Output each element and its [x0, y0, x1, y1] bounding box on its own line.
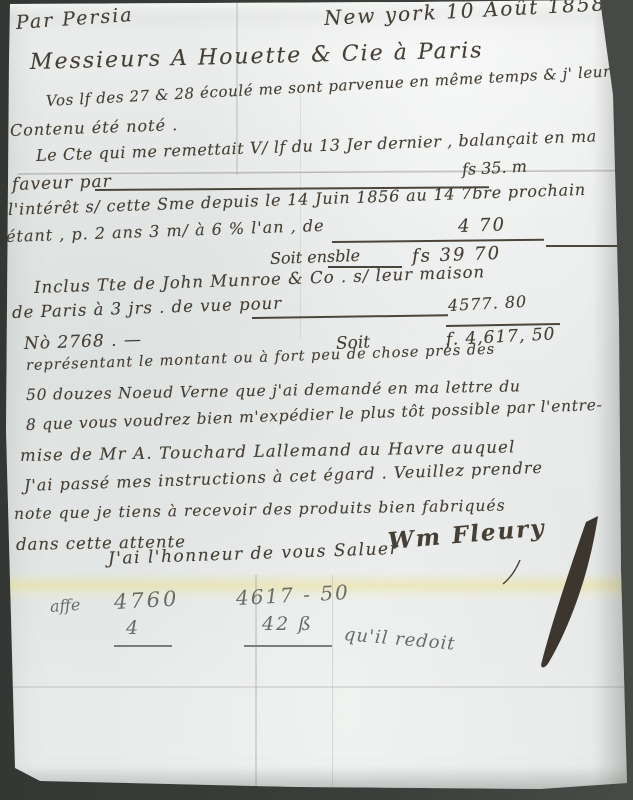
pencil-figure: 4617 - 50 [235, 580, 350, 610]
signature: Wm Fleury [387, 514, 547, 555]
draft-number: Nò 2768 . — [24, 330, 143, 354]
paper-edge-shadow [0, 766, 633, 792]
amount-interest: 4 70 [458, 214, 507, 237]
addressee-salutation: Messieurs A Houette & Cie à Paris [30, 38, 484, 75]
dateline: New york 10 Août 1858 [323, 0, 607, 30]
scanned-letter: Par Persia New york 10 Août 1858 Messieu… [0, 0, 633, 800]
pencil-note: qu'il redoit [343, 624, 456, 655]
body-line: 50 douzes Noeud Verne que j'ai demandé e… [26, 377, 521, 404]
body-line: Soit ensble [270, 246, 361, 268]
body-line: étant , p. 2 ans 3 m/ à 6 % l'an , de [6, 216, 325, 246]
amount-draft: 4577. 80 [448, 292, 528, 315]
pencil-rule [244, 645, 332, 647]
fold-crease-vertical [332, 575, 333, 800]
body-line: Contenu été noté . [10, 115, 179, 140]
ink-rule [546, 245, 628, 247]
pencil-figure: 4760 [113, 587, 180, 614]
pencil-figure: 4 [126, 617, 138, 639]
body-line: de Paris à 3 jrs . de vue pour [12, 294, 283, 322]
amount-balance: fs 35. m [462, 157, 528, 179]
fold-crease-vertical [300, 90, 301, 340]
pencil-rule [114, 645, 172, 647]
ink-rule [252, 314, 448, 318]
pencil-figure: 42 ß [262, 613, 313, 635]
body-line: Inclus Tte de John Munroe & Co . s/ leur… [34, 262, 486, 297]
body-line: note que je tiens à recevoir des produit… [14, 496, 506, 523]
fold-crease-horizontal [0, 686, 633, 688]
body-line: faveur par [12, 172, 112, 195]
ink-rule [332, 239, 544, 243]
letter-paper: Par Persia New york 10 Août 1858 Messieu… [0, 0, 633, 800]
ship-routing-note: Par Persia [15, 4, 134, 34]
pencil-note: affe [49, 595, 81, 616]
